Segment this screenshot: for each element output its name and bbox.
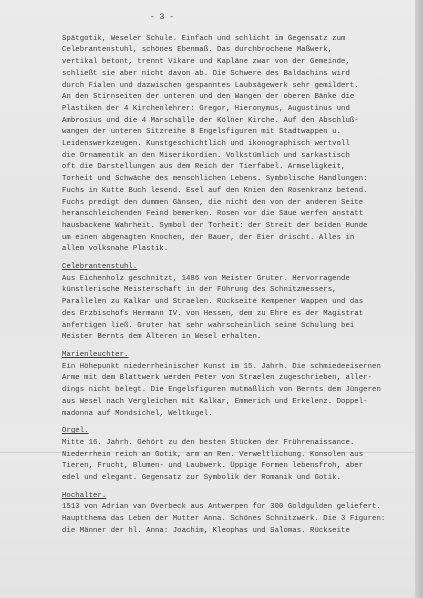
page-edge-shadow — [415, 0, 423, 598]
text-line: künstlerische Meisterschaft in der Führu… — [62, 285, 412, 297]
text-line: schließt sie aber nicht davon ab. Die Sc… — [62, 69, 412, 81]
section-heading: Orgel. — [62, 426, 412, 438]
text-line: des Erzbischofs Hermann IV. von Hessen, … — [62, 309, 412, 321]
text-line: Leidenswerkzeugen. Kunstgeschichtlich un… — [62, 139, 412, 151]
text-line: vertikal betont, trennt Vikare und Kaplä… — [62, 57, 412, 69]
text-line: um einen abgenagten Knochen, der Bauer, … — [62, 233, 412, 245]
text-line: Ein Höhepunkt niederrheinischer Kunst im… — [62, 362, 412, 374]
text-line: An den Stirnseiten der unteren und den W… — [62, 92, 412, 104]
document-body: - 3 - Spätgotik, Weseler Schule. Einfach… — [62, 12, 412, 538]
text-line: Ambrosius und die 4 Marschälle der Kölne… — [62, 116, 412, 128]
sections-container: Spätgotik, Weseler Schule. Einfach und s… — [62, 34, 412, 538]
section-heading: Hochalter. — [62, 491, 412, 503]
text-line: Parallelen zu Kalkar und Straelen. Rücks… — [62, 297, 412, 309]
text-line: Plastiken der 4 Kirchenlehrer: Gregor, H… — [62, 104, 412, 116]
text-line: Torheit und Schwäche des menschlichen Le… — [62, 174, 412, 186]
text-line: Mitte 16. Jahrh. Gehört zu den besten St… — [62, 438, 412, 450]
text-line: Hauptthema das Leben der Mutter Anna. Sc… — [62, 514, 412, 526]
text-line: die Männer der hl. Anna: Joachim, Kleoph… — [62, 526, 412, 538]
text-line: Aus Eichenholz geschnitzt, 1486 von Meis… — [62, 274, 412, 286]
text-line: 1513 von Adrian van Overbeck aus Antwerp… — [62, 502, 412, 514]
text-line: Meister Bernts dem Älteren in Wesel erha… — [62, 332, 412, 344]
text-line: Fuchs in Kutte Buch lesend. Esel auf den… — [62, 186, 412, 198]
text-line: edel und elegant. Gegensatz zur Symbolik… — [62, 473, 412, 485]
section-heading: Marienleuchter. — [62, 350, 412, 362]
section: Celebrantenstuhl.Aus Eichenholz geschnit… — [62, 262, 412, 344]
text-line: Niederrhein reich an Gotik, arm an Ren. … — [62, 450, 412, 462]
section: Marienleuchter.Ein Höhepunkt niederrhein… — [62, 350, 412, 420]
text-line: hausbackene Wahrheit. Symbol der Torheit… — [62, 221, 412, 233]
section: Spätgotik, Weseler Schule. Einfach und s… — [62, 34, 412, 256]
text-line: Tieren, Frucht, Blumen- und Laubwerk. Üp… — [62, 461, 412, 473]
text-line: allem volksnahe Plastik. — [62, 244, 412, 256]
text-line: Arme mit dem Blattwerk werden Peter von … — [62, 373, 412, 385]
text-line: durch Fialen und dazwischen gespanntes L… — [62, 81, 412, 93]
text-line: Celebrantenstuhl, schönes Ebenmaß. Das d… — [62, 45, 412, 57]
text-line: aus Wesel nach Vergleichen mit Kalkar, E… — [62, 397, 412, 409]
text-line: madonna auf Mondsichel, Weltkugel. — [62, 409, 412, 421]
section: Hochalter.1513 von Adrian van Overbeck a… — [62, 491, 412, 538]
section: Orgel.Mitte 16. Jahrh. Gehört zu den bes… — [62, 426, 412, 485]
text-line: dings nicht belegt. Die Engelsfiguren mu… — [62, 385, 412, 397]
text-line: Fuchs predigt den dummen Gänsen, die nic… — [62, 198, 412, 210]
text-line: Spätgotik, Weseler Schule. Einfach und s… — [62, 34, 412, 46]
text-line: heranschleichenden Feind bemerken. Rosen… — [62, 209, 412, 221]
text-line: anfertigen ließ. Gruter hat sehr wahrsch… — [62, 321, 412, 333]
section-heading: Celebrantenstuhl. — [62, 262, 412, 274]
page-number: - 3 - — [12, 12, 312, 24]
text-line: oft die Darstellungen aus dem Reich der … — [62, 162, 412, 174]
text-line: wangen der unteren Sitzreihe 8 Engelsfig… — [62, 127, 412, 139]
text-line: die Ornamentik an den Miserikordien. Vol… — [62, 151, 412, 163]
